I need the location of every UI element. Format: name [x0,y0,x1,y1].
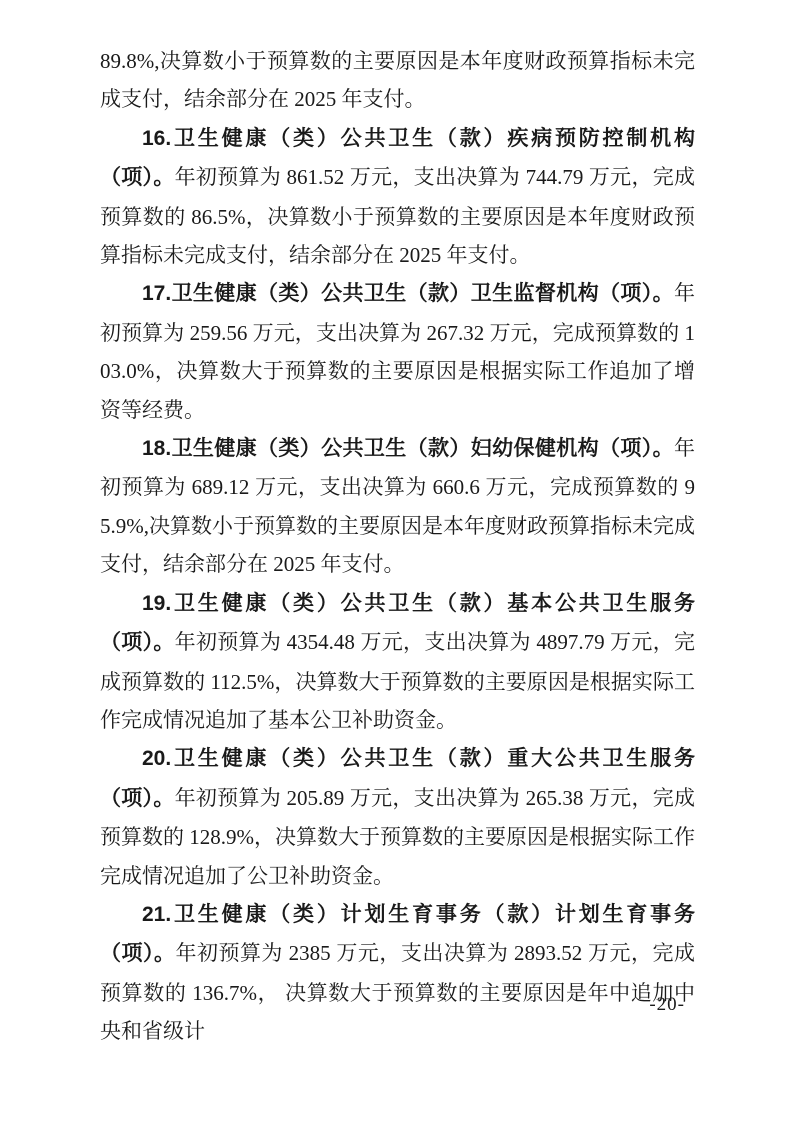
document-page: 89.8%,决算数小于预算数的主要原因是本年度财政预算指标未完成支付，结余部分在… [0,0,793,1122]
budget-item-20: 20.卫生健康（类）公共卫生（款）重大公共卫生服务（项）。年初预算为 205.8… [100,739,695,895]
budget-item-19: 19.卫生健康（类）公共卫生（款）基本公共卫生服务（项）。年初预算为 4354.… [100,584,695,740]
item-17-heading: 17.卫生健康（类）公共卫生（款）卫生监督机构（项）。 [142,282,674,305]
paragraph-continuation: 89.8%,决算数小于预算数的主要原因是本年度财政预算指标未完成支付，结余部分在… [100,42,695,119]
budget-item-16: 16.卫生健康（类）公共卫生（款）疾病预防控制机构（项）。年初预算为 861.5… [100,119,695,275]
budget-item-21: 21.卫生健康（类）计划生育事务（款）计划生育事务（项）。年初预算为 2385 … [100,895,695,1051]
page-number: -20- [649,994,685,1016]
budget-item-18: 18.卫生健康（类）公共卫生（款）妇幼保健机构（项）。年初预算为 689.12 … [100,429,695,584]
item-21-body: 年初预算为 2385 万元，支出决算为 2893.52 万元，完成预算数的 13… [100,941,695,1043]
item-20-body: 年初预算为 205.89 万元，支出决算为 265.38 万元，完成预算数的 1… [100,786,695,888]
budget-item-17: 17.卫生健康（类）公共卫生（款）卫生监督机构（项）。年初预算为 259.56 … [100,274,695,429]
item-19-body: 年初预算为 4354.48 万元，支出决算为 4897.79 万元，完成预算数的… [100,630,695,732]
item-18-heading: 18.卫生健康（类）公共卫生（款）妇幼保健机构（项）。 [142,437,674,460]
item-16-body: 年初预算为 861.52 万元，支出决算为 744.79 万元，完成预算数的 8… [100,165,695,267]
